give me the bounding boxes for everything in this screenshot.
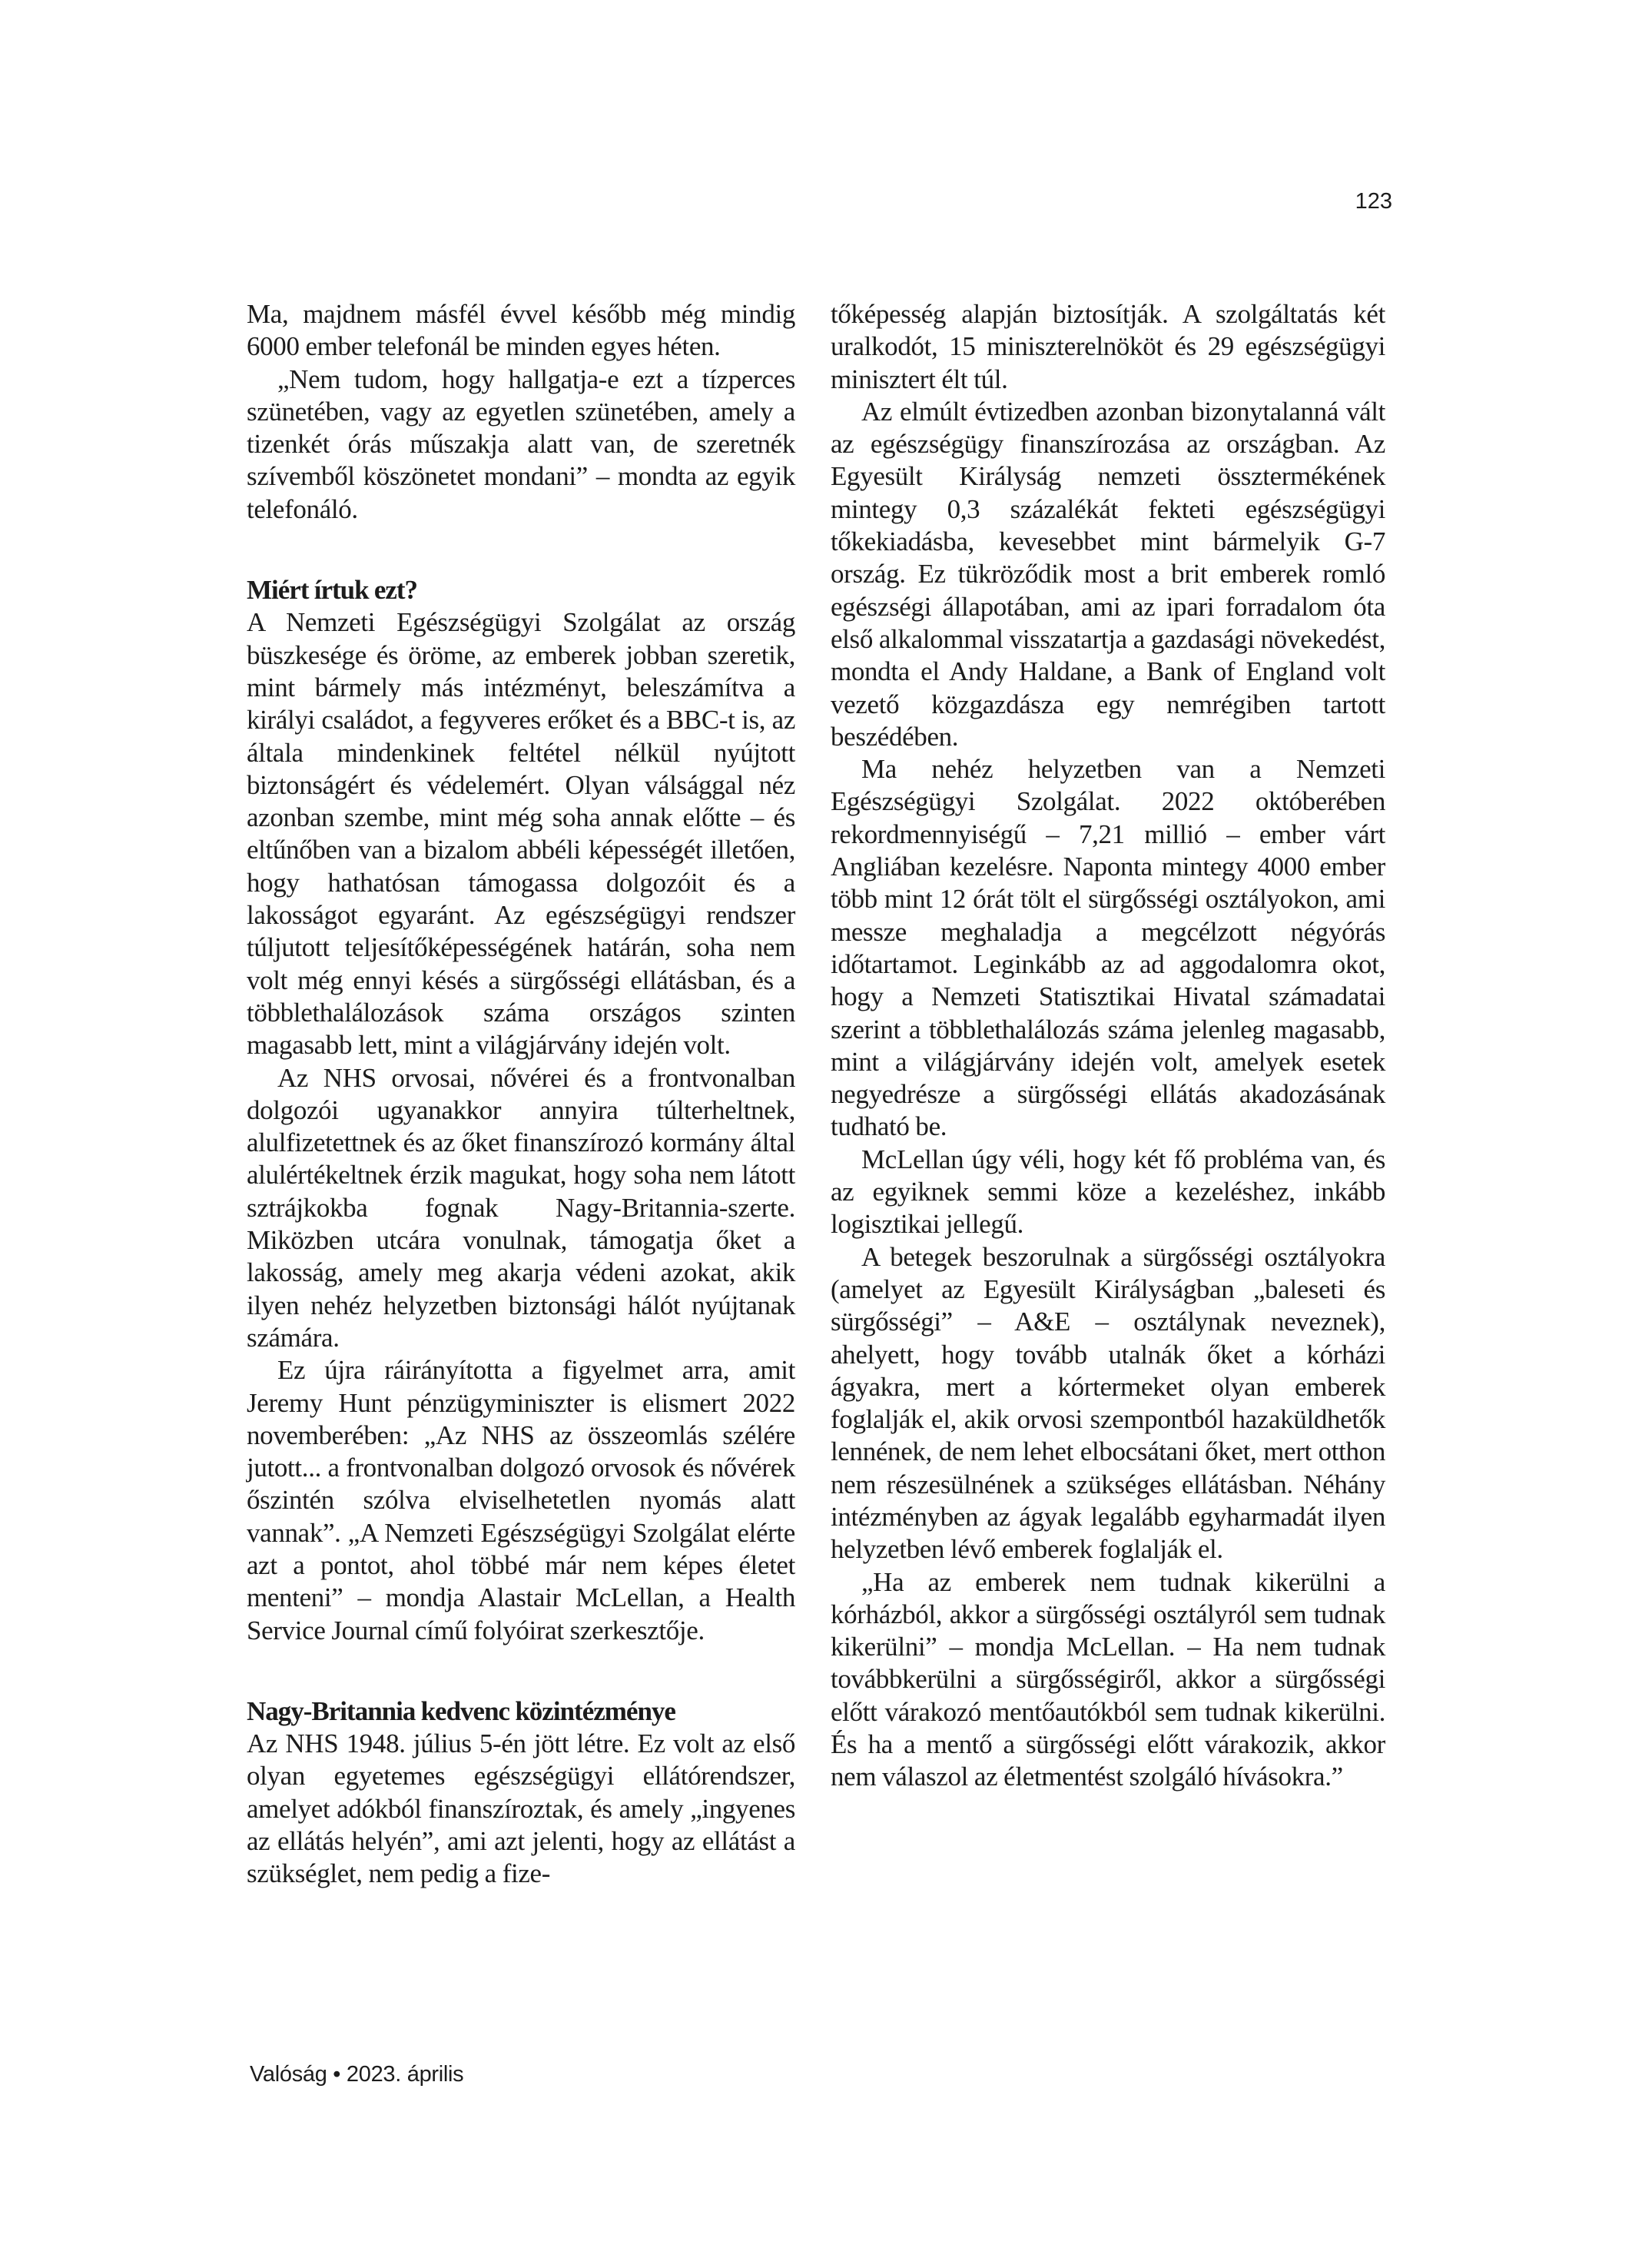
body-paragraph: Ma nehéz helyzetben van a Nemzeti Egészs… [831,753,1385,1144]
section-heading: Nagy-Britannia kedvenc közintézménye [247,1695,795,1728]
right-column: tőképesség alapján biztosítják. A szolgá… [831,298,1385,1794]
publication-footer: Valóság • 2023. április [250,2062,463,2087]
body-paragraph: „Ha az emberek nem tudnak kikerülni a kó… [831,1566,1385,1794]
body-paragraph: „Nem tudom, hogy hallgatja-e ezt a tízpe… [247,364,795,526]
body-paragraph: Az elmúlt évtizedben azonban bizonytalan… [831,396,1385,753]
body-paragraph: Ez újra ráirányította a figyelmet arra, … [247,1354,795,1647]
section-heading: Miért írtuk ezt? [247,574,795,606]
body-paragraph: tőképesség alapján biztosítják. A szolgá… [831,298,1385,396]
body-paragraph: Ma, majdnem másfél évvel később még mind… [247,298,795,364]
body-paragraph: Az NHS 1948. július 5-én jött létre. Ez … [247,1728,795,1890]
body-paragraph: McLellan úgy véli, hogy két fő probléma … [831,1144,1385,1241]
body-paragraph: A betegek beszorulnak a sürgősségi osztá… [831,1241,1385,1566]
left-column: Ma, majdnem másfél évvel később még mind… [247,298,795,1891]
body-paragraph: Az NHS orvosai, nővérei és a frontvonalb… [247,1062,795,1355]
body-paragraph: A Nemzeti Egészségügyi Szolgálat az orsz… [247,606,795,1061]
page-number: 123 [1346,189,1392,214]
